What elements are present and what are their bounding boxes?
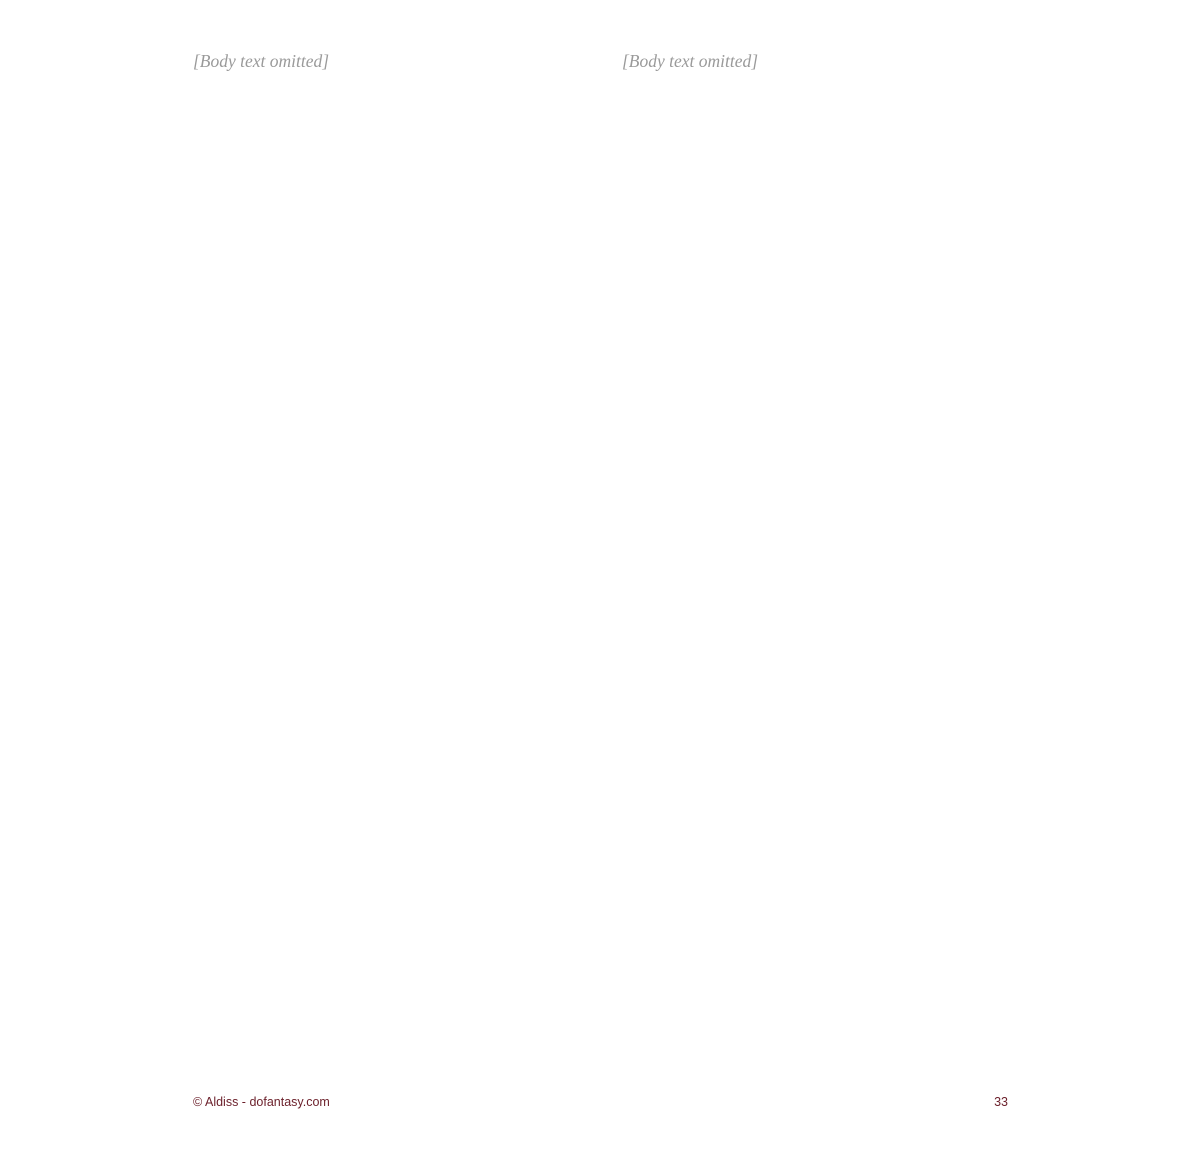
text-column-left: [Body text omitted] — [193, 50, 579, 81]
text-column-right: [Body text omitted] — [622, 50, 1008, 81]
page-footer: © Aldiss - dofantasy.com 33 — [193, 1095, 1008, 1109]
copyright-notice: © Aldiss - dofantasy.com — [193, 1095, 330, 1109]
document-page: [Body text omitted] [Body text omitted] … — [0, 0, 1200, 1158]
paragraph: [Body text omitted] — [622, 50, 1008, 72]
paragraph: [Body text omitted] — [193, 50, 579, 72]
page-number: 33 — [994, 1095, 1008, 1109]
